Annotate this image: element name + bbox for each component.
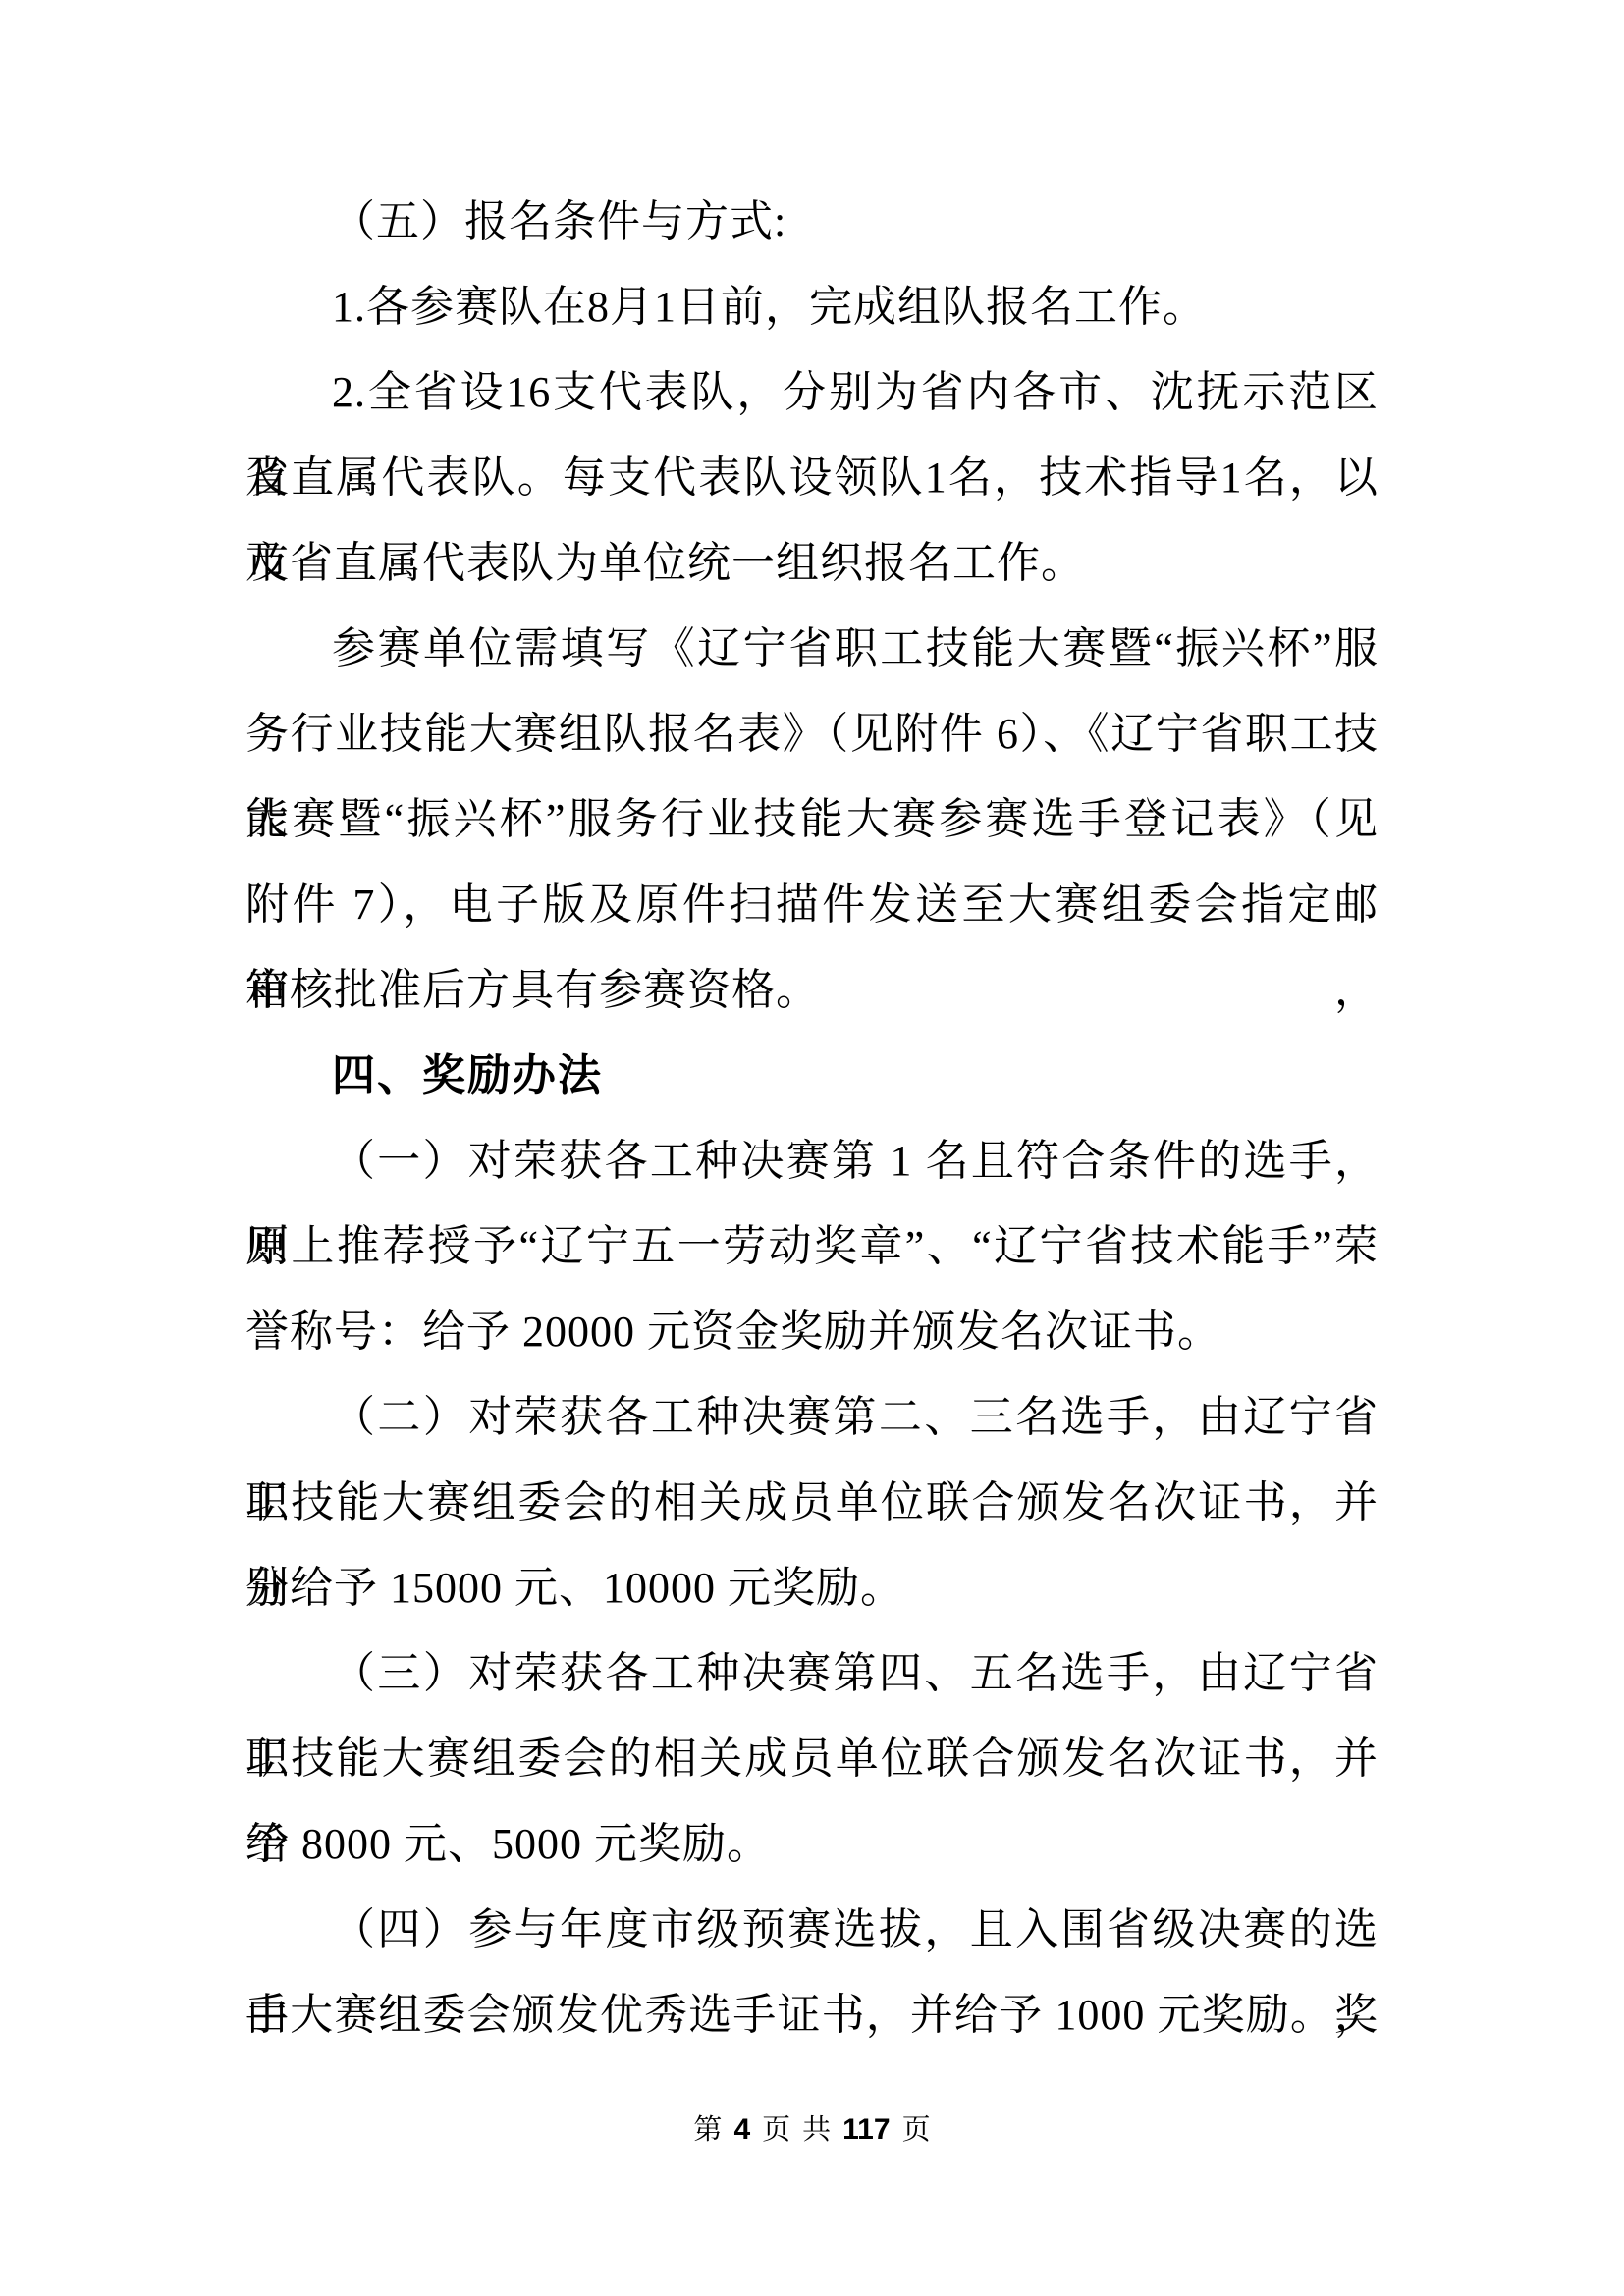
text-line: 及省直属代表队为单位统一组织报名工作。	[245, 520, 1379, 606]
text-line: 大赛暨“振兴杯”服务行业技能大赛参赛选手登记表》（见	[245, 776, 1379, 862]
section-heading: 四、奖励办法	[245, 1033, 1379, 1118]
text-line: 工技能大赛组委会的相关成员单位联合颁发名次证书，并分	[245, 1460, 1379, 1545]
page-number: 4	[733, 2107, 750, 2154]
footer-label-gong: 共	[802, 2107, 831, 2154]
text-line: （四）参与年度市级预赛选拔，且入围省级决赛的选手，	[245, 1887, 1379, 1972]
text-line: 工技能大赛组委会的相关成员单位联合颁发名次证书，并给	[245, 1716, 1379, 1801]
paragraph-award-3: （三）对荣获各工种决赛第四、五名选手，由辽宁省职 工技能大赛组委会的相关成员单位…	[245, 1630, 1379, 1887]
paragraph-award-1: （一）对荣获各工种决赛第 1 名且符合条件的选手，原 则上推荐授予“辽宁五一劳动…	[245, 1118, 1379, 1374]
text-line: 由大赛组委会颁发优秀选手证书，并给予 1000 元奖励。奖	[245, 1972, 1379, 2057]
paragraph-item-2: 2.全省设16支代表队，分别为省内各市、沈抚示范区及 省直属代表队。每支代表队设…	[245, 349, 1379, 606]
paragraph-registration-heading: （五）报名条件与方式:	[245, 179, 1379, 264]
subsection-heading: （五）报名条件与方式:	[245, 179, 1379, 264]
text-line: 1.各参赛队在8月1日前，完成组队报名工作。	[245, 264, 1379, 349]
page-footer: 第4页共117页	[0, 2107, 1624, 2154]
text-line: 省直属代表队。每支代表队设领队1名，技术指导1名，以市	[245, 435, 1379, 520]
text-line: 务行业技能大赛组队报名表》（见附件 6）、《辽宁省职工技能	[245, 691, 1379, 776]
paragraph-registration-forms: 参赛单位需填写《辽宁省职工技能大赛暨“振兴杯”服 务行业技能大赛组队报名表》（见…	[245, 606, 1379, 1033]
footer-label-di: 第	[693, 2107, 722, 2154]
text-line: 予 8000 元、5000 元奖励。	[245, 1801, 1379, 1887]
document-page: （五）报名条件与方式: 1.各参赛队在8月1日前，完成组队报名工作。 2.全省设…	[0, 0, 1624, 2296]
text-line: 附件 7），电子版及原件扫描件发送至大赛组委会指定邮箱，	[245, 862, 1379, 947]
text-line: 誉称号：给予 20000 元资金奖励并颁发名次证书。	[245, 1289, 1379, 1374]
total-pages: 117	[842, 2107, 890, 2154]
text-line: 参赛单位需填写《辽宁省职工技能大赛暨“振兴杯”服	[245, 606, 1379, 691]
footer-label-ye-2: 页	[902, 2107, 931, 2154]
text-line: （二）对荣获各工种决赛第二、三名选手，由辽宁省职	[245, 1374, 1379, 1460]
text-line: （三）对荣获各工种决赛第四、五名选手，由辽宁省职	[245, 1630, 1379, 1716]
footer-label-ye: 页	[762, 2107, 790, 2154]
document-body: （五）报名条件与方式: 1.各参赛队在8月1日前，完成组队报名工作。 2.全省设…	[245, 179, 1379, 2057]
text-line: （一）对荣获各工种决赛第 1 名且符合条件的选手，原	[245, 1118, 1379, 1203]
text-line: 2.全省设16支代表队，分别为省内各市、沈抚示范区及	[245, 349, 1379, 435]
text-line: 则上推荐授予“辽宁五一劳动奖章”、“辽宁省技术能手”荣	[245, 1203, 1379, 1289]
paragraph-award-2: （二）对荣获各工种决赛第二、三名选手，由辽宁省职 工技能大赛组委会的相关成员单位…	[245, 1374, 1379, 1630]
text-line: 别给予 15000 元、10000 元奖励。	[245, 1545, 1379, 1630]
paragraph-award-4: （四）参与年度市级预赛选拔，且入围省级决赛的选手， 由大赛组委会颁发优秀选手证书…	[245, 1887, 1379, 2057]
paragraph-item-1: 1.各参赛队在8月1日前，完成组队报名工作。	[245, 264, 1379, 349]
paragraph-award-section: 四、奖励办法	[245, 1033, 1379, 1118]
